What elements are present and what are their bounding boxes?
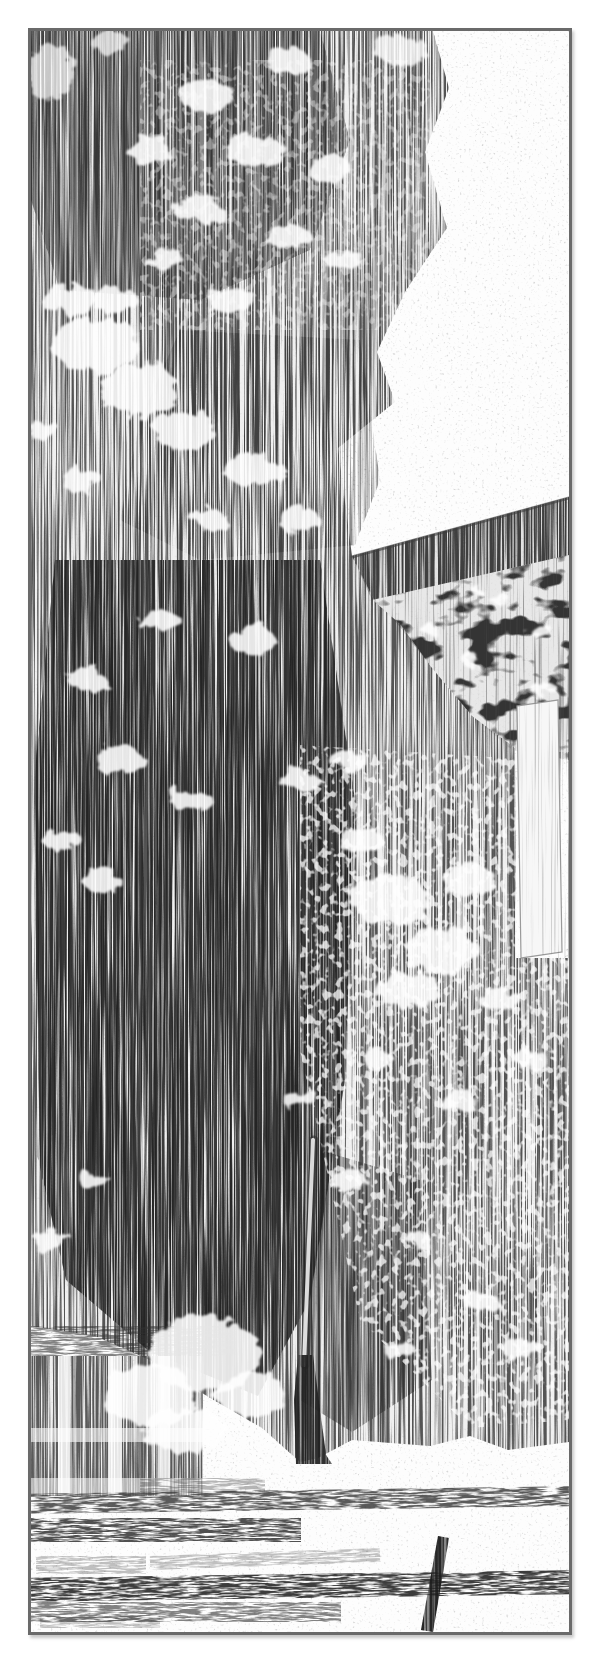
highlight-blob <box>100 364 180 416</box>
highlight-blob <box>80 868 120 892</box>
framed-sketch <box>28 28 572 1635</box>
ground-marks-bottom-ink <box>40 1616 160 1628</box>
highlight-blob <box>190 510 230 530</box>
highlight-blob <box>420 624 440 636</box>
ground-marks-mid-ink <box>36 1556 146 1574</box>
highlight-blob <box>155 410 215 450</box>
highlight-blob <box>94 746 146 774</box>
highlight-blob <box>278 508 322 532</box>
highlight-blob <box>380 972 440 1008</box>
highlight-blob <box>270 223 310 247</box>
highlight-blob <box>404 928 476 972</box>
highlight-blob <box>225 454 285 486</box>
highlight-blob <box>308 156 352 184</box>
highlight-blob <box>490 594 510 606</box>
highlight-blob <box>471 585 489 595</box>
highlight-blob <box>364 1051 396 1069</box>
wall-right-strip-ink <box>556 752 569 958</box>
fence-board-gap-1 <box>58 1356 70 1496</box>
highlight-blob <box>280 768 320 792</box>
highlight-blob <box>45 285 95 315</box>
highlight-blob <box>174 196 226 224</box>
highlight-blob <box>350 874 430 926</box>
highlight-blob <box>225 134 285 166</box>
pillar-shading-ink <box>517 700 562 958</box>
highlight-blob <box>338 827 382 853</box>
highlight-blob <box>386 1342 414 1358</box>
highlight-blob <box>514 1051 546 1069</box>
highlight-blob <box>62 470 98 490</box>
highlight-blob <box>285 1092 315 1108</box>
highlight-blob <box>42 830 78 850</box>
highlight-blob <box>68 668 112 692</box>
highlight-blob <box>462 1290 498 1310</box>
highlight-blob <box>327 250 363 270</box>
highlight-blob <box>75 1172 105 1188</box>
highlight-blob <box>215 1373 285 1417</box>
highlight-blob <box>31 421 60 439</box>
highlight-blob <box>229 626 281 654</box>
highlight-blob <box>149 250 181 270</box>
highlight-blob <box>92 32 128 52</box>
sketch-canvas <box>31 31 569 1632</box>
highlight-blob <box>442 1090 478 1110</box>
highlight-blob <box>458 653 482 667</box>
highlight-blob <box>404 1231 436 1249</box>
highlight-blob <box>332 750 368 770</box>
ground-marks-left-ink <box>140 1478 265 1492</box>
highlight-blob <box>130 138 170 162</box>
highlight-blob <box>32 1230 68 1250</box>
highlight-blob <box>504 1341 536 1359</box>
highlight-blob <box>145 1408 225 1452</box>
highlight-blob <box>480 988 520 1012</box>
highlight-blob <box>177 79 233 111</box>
highlight-blob <box>533 683 557 697</box>
highlight-blob <box>140 610 180 630</box>
highlight-blob <box>268 48 312 72</box>
highlight-blob <box>332 1170 368 1190</box>
highlight-blob <box>93 288 137 312</box>
wire-second-ink <box>31 1518 301 1542</box>
highlight-blob <box>206 288 254 312</box>
highlight-blob <box>170 789 210 811</box>
highlight-blob <box>444 864 496 896</box>
highlight-blob <box>374 34 426 66</box>
highlight-blob <box>50 317 140 373</box>
highlight-blob <box>530 624 550 636</box>
